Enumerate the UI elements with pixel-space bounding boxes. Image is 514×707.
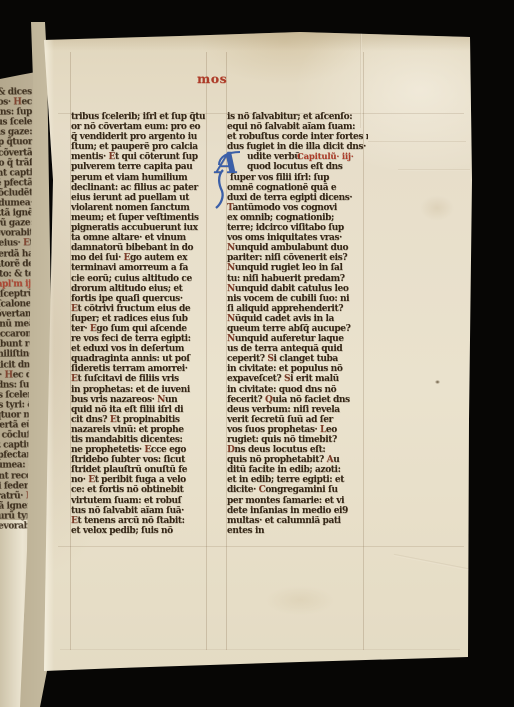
text-line: Nunquid auferetur laque xyxy=(227,334,368,344)
text-line: deus verbum: niſi revela xyxy=(227,405,368,415)
text-line: Nũquid cadet avis in la xyxy=(227,314,368,324)
text-line: queum terre abſq̃ aucupe? xyxy=(227,324,368,334)
text-line: perum et viam humilium xyxy=(71,173,208,183)
manuscript-photo: nã & dicesad eos· Hecdicit dns: ſuptribu… xyxy=(0,0,514,707)
text-line: Dns deus locutus eſt: xyxy=(227,445,368,455)
text-line: ſi aliquid apprehenderit? xyxy=(227,304,368,314)
stain xyxy=(265,585,335,615)
svg-text:A: A xyxy=(213,148,238,180)
text-line: pulverem terre capita pau xyxy=(71,162,208,172)
text-line: fecerit? Quia nõ faciet dns xyxy=(227,395,368,405)
stain xyxy=(435,380,440,384)
text-line: mo dei ſui· Ego autem ex xyxy=(71,253,208,263)
text-line: violarent nomen ſanctum xyxy=(71,203,208,213)
text-line: cit dns? Et propinabitis xyxy=(71,415,208,425)
text-line: ceperit? Si clanget tuba xyxy=(227,354,368,364)
text-line: ter· Ego ſum qui aſcende xyxy=(71,324,208,334)
text-line: Et cõtrivi fructum eius de xyxy=(71,304,208,314)
text-line: tu: niſi habuerit predam? xyxy=(227,274,368,284)
text-line: et eduxi vos in deſertum xyxy=(71,344,208,354)
text-line: et velox pedib; ſuis nõ xyxy=(71,526,208,536)
text-line: us de terra antequã quid xyxy=(227,344,368,354)
text-line: vos oms iniquitates vras· xyxy=(227,233,368,243)
page-top-shadow xyxy=(44,29,474,51)
text-line: Nunquid rugiet leo in ſal xyxy=(227,263,368,273)
text-line: quis nõ prophetabit? Au xyxy=(227,455,368,465)
text-line: fortis ipe quaſi quercus· xyxy=(71,294,208,304)
chapter-rubric: Capitulũ· iij· xyxy=(297,152,354,162)
text-line: tribus ſcelerib; iſrl et ſup q̃tu xyxy=(71,112,208,122)
text-line: verit ſecretũ ſuũ ad ſer xyxy=(227,415,368,425)
text-line: ex omnib; cognationib; xyxy=(227,213,368,223)
text-line: pariter: niſi cõvenerit eis? xyxy=(227,253,368,263)
text-line: dicite· Congregamini ſu xyxy=(227,485,368,495)
text-line: ſtridebo ſubter vos: ſicut xyxy=(71,455,208,465)
text-line: ſtum; et pauperẽ pro calcia xyxy=(71,142,208,152)
crease xyxy=(394,554,479,572)
text-line: eius ierunt ad puellam ut xyxy=(71,193,208,203)
crease xyxy=(398,169,470,171)
text-line: q̃ vendiderit pro argento iu xyxy=(71,132,208,142)
text-line: no· Et peribit fuga a velo xyxy=(71,475,208,485)
text-line: Nunquid ambulabunt duo xyxy=(227,243,368,253)
text-line: Nunquid dabit catulus leo xyxy=(227,284,368,294)
text-line: terre; idcirco viſitabo ſup xyxy=(227,223,368,233)
right-page: mos tribus ſcelerib; iſrl et ſup q̃tuor … xyxy=(0,0,514,707)
text-line: damnatorũ bibebant in do xyxy=(71,243,208,253)
text-line: ta omne altare· et vinum xyxy=(71,233,208,243)
text-line: nazareis vinũ: et prophe xyxy=(71,425,208,435)
stain xyxy=(420,195,454,221)
running-title: mos xyxy=(197,71,237,86)
text-column-left: tribus ſcelerib; iſrl et ſup q̃tuor nõ c… xyxy=(71,112,208,536)
text-line: multas· et calumniã pati xyxy=(227,516,368,526)
ruling-line xyxy=(368,141,466,142)
text-line: in prophetas: et de iuveni xyxy=(71,385,208,395)
text-line: drorum altitudo eius; et xyxy=(71,284,208,294)
text-line: is nõ ſalvabitur; et aſcenſo: xyxy=(227,112,368,122)
ruling-line xyxy=(60,649,460,650)
text-line: ſtridet plauſtrũ onuſtũ fe xyxy=(71,465,208,475)
text-line: vos ſuos prophetas· Leo xyxy=(227,425,368,435)
text-line: ditũ facite in edib; azoti: xyxy=(227,465,368,475)
chapter-initial-A: A xyxy=(213,148,251,214)
text-line: expaveſcet? Si erit malũ xyxy=(227,374,368,384)
text-line: dete inſanias in medio ei9 xyxy=(227,506,368,516)
text-line: nis vocem de cubili ſuo: ni xyxy=(227,294,368,304)
text-line: cie eorũ; cuius altitudo ce xyxy=(71,274,208,284)
text-line: ne prophetetis· Ecce ego xyxy=(71,445,208,455)
ruling-line xyxy=(58,546,464,547)
text-line: Et ſuſcitavi de filiis vris xyxy=(71,374,208,384)
text-line: meum; et ſuper veſtimentis xyxy=(71,213,208,223)
text-line: tis mandabitis dicentes: xyxy=(71,435,208,445)
text-line: declinant: ac filius ac pater xyxy=(71,183,208,193)
text-line: virtutem ſuam: et robuſ xyxy=(71,496,208,506)
text-line: bus vris nazareos· Nun xyxy=(71,395,208,405)
text-line: et in edib; terre egipti: et xyxy=(227,475,368,485)
text-line: or nõ cõvertam eum: pro eo xyxy=(71,122,208,132)
text-line: in civitate: et populus nõ xyxy=(227,364,368,374)
text-line: terminavi amorreum a fa xyxy=(71,263,208,273)
text-line: quid nõ ita eſt filii iſrl di xyxy=(71,405,208,415)
text-line: et robuſtus corde inter fortes nu xyxy=(227,132,368,142)
text-line: tus nõ ſalvabit aĩam ſuã· xyxy=(71,506,208,516)
text-line: rugiet: quis nõ timebit? xyxy=(227,435,368,445)
text-line: per montes ſamarie: et vi xyxy=(227,496,368,506)
text-line: pigneratis accubuerunt iux xyxy=(71,223,208,233)
text-line: quadraginta annis: ut poſ xyxy=(71,354,208,364)
text-line: entes in xyxy=(227,526,368,536)
text-line: ſideretis terram amorrei· xyxy=(71,364,208,374)
text-line: mentis· Et qui cõterunt ſup xyxy=(71,152,208,162)
text-line: Et tenens arcũ nõ ſtabit: xyxy=(71,516,208,526)
text-column-right: A Capitulũ· iij· is nõ ſalvabitur; et aſ… xyxy=(227,112,368,536)
text-line: equi nõ ſalvabit aĩam ſuam: xyxy=(227,122,368,132)
text-line: re vos feci de terra egipti: xyxy=(71,334,208,344)
text-line: in civitate: quod dns nõ xyxy=(227,385,368,395)
text-line: ſuper; et radices eius ſub xyxy=(71,314,208,324)
text-line: ce: et fortis nõ obtinebit xyxy=(71,485,208,495)
